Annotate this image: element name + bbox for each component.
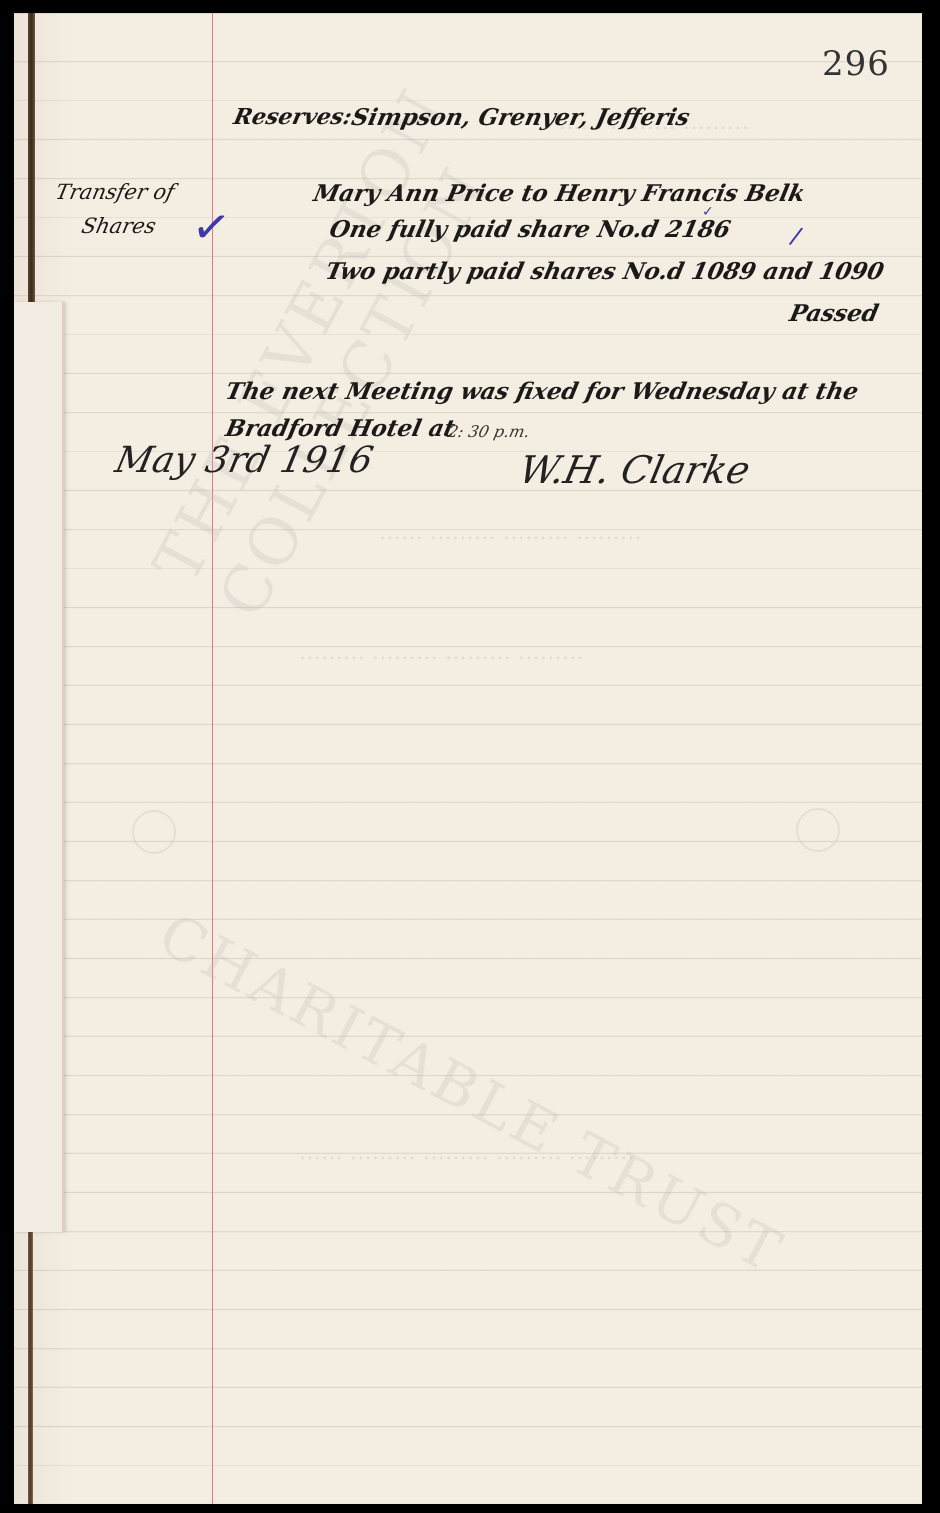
next-meeting-line-2: Bradford Hotel at: [223, 415, 457, 442]
binding-spine-top: [28, 13, 35, 303]
transfer-status: Passed: [787, 300, 881, 327]
reserves-label: Reserves:: [231, 104, 354, 130]
next-meeting-line-1: The next Meeting was fixed for Wednesday…: [223, 378, 861, 405]
signoff-date: May 3rd 1916: [112, 440, 377, 481]
page-number: 296: [822, 44, 890, 84]
transfer-line-2: One fully paid share No.d 2186: [327, 216, 733, 243]
transfer-line-1: Mary Ann Price to Henry Francis Belk: [311, 180, 807, 207]
next-meeting-time: 2: 30 p.m.: [446, 422, 532, 441]
bleed-through-text: ……… ……… ……… ……… ……: [297, 1140, 638, 1165]
check-mark-icon: ✓: [188, 198, 234, 257]
margin-heading-transfer: Transfer of: [53, 180, 176, 204]
reserves-names: Simpson, Grenyer, Jefferis: [349, 104, 692, 131]
transfer-line-3: Two partly paid shares No.d 1089 and 109…: [323, 258, 886, 285]
bleed-through-text: ……… ……… ……… ……: [377, 520, 645, 545]
insert-sheet: [14, 302, 64, 1232]
binding-spine-bottom: [28, 1232, 33, 1504]
signature: W.H. Clarke: [515, 448, 754, 492]
margin-heading-shares: Shares: [79, 214, 158, 238]
watermark-circle-right: [796, 808, 840, 852]
bleed-through-text: ……… ……… ……… ………: [297, 640, 587, 665]
watermark-circle-left: [132, 810, 176, 854]
